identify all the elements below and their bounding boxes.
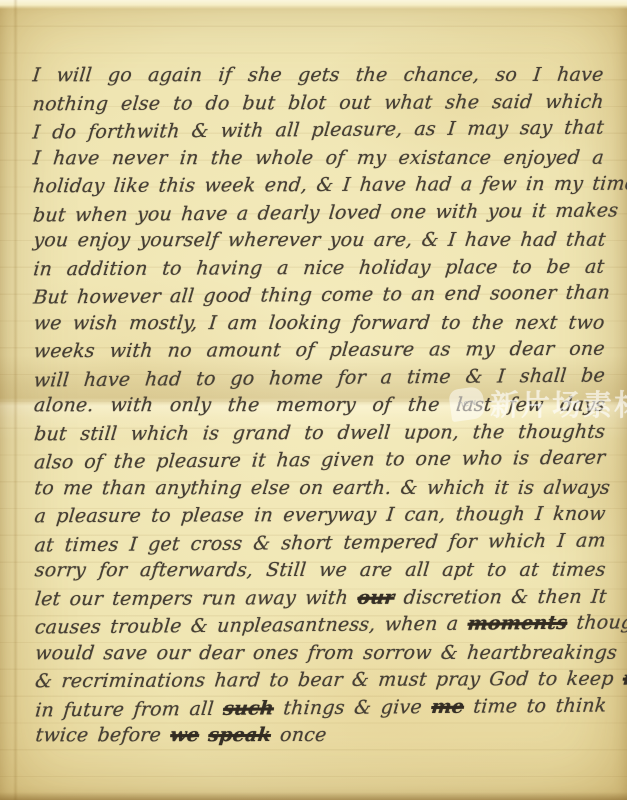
letter-line: in addition to having a nice holiday pla… bbox=[32, 253, 606, 283]
letter-line: alone. with only the memory of the last … bbox=[33, 392, 607, 420]
letter-line: But however all good thing come to an en… bbox=[32, 280, 606, 312]
letter-line: twice before we speak once bbox=[34, 722, 608, 750]
letter-line: at times I get cross & short tempered fo… bbox=[33, 527, 607, 559]
struck-word: such bbox=[222, 697, 275, 719]
letter-line: but still which is grand to dwell upon, … bbox=[33, 418, 607, 448]
letter-line: to me than anything else on earth. & whi… bbox=[33, 474, 607, 502]
struck-word: me bbox=[430, 695, 465, 717]
letter-line: but when you have a dearly loved one wit… bbox=[32, 197, 606, 229]
struck-word: speak bbox=[207, 724, 272, 746]
letter-line: we wish mostly, I am looking forward to … bbox=[32, 309, 606, 337]
paper-bottom-edge bbox=[0, 792, 627, 800]
letter-line: sorry for afterwards, Still we are all a… bbox=[33, 557, 607, 585]
letter-line: would save our dear ones from sorrow & h… bbox=[34, 639, 608, 667]
letter-line: causes trouble & unpleasantness, when a … bbox=[34, 610, 608, 642]
struck-word: we bbox=[169, 724, 200, 746]
paper-left-crease bbox=[13, 0, 18, 800]
letter-line: I do forthwith & with all pleasure, as I… bbox=[31, 115, 605, 147]
paper-top-edge bbox=[0, 0, 627, 9]
letter-line: also of the pleasure it has given to one… bbox=[33, 445, 607, 477]
letter-line: I will go again if she gets the chance, … bbox=[31, 62, 605, 90]
letter-line: holiday like this week end, & I have had… bbox=[32, 171, 606, 201]
letter-line: weeks with no amount of pleasure as my d… bbox=[32, 336, 606, 366]
letter-line: & recriminations hard to bear & must pra… bbox=[34, 666, 608, 696]
letter-line: let our tempers run away with our discre… bbox=[33, 583, 607, 613]
letter-line: I have never in the whole of my existanc… bbox=[32, 144, 606, 172]
letter-line: a pleasure to please in everyway I can, … bbox=[33, 501, 607, 531]
letter-line: in future from all such things & give me… bbox=[34, 692, 608, 724]
letter-line: you enjoy yourself wherever you are, & I… bbox=[32, 227, 606, 255]
aged-letter-photo: I will go again if she gets the chance, … bbox=[0, 0, 627, 800]
letter-lines: I will go again if she gets the chance, … bbox=[33, 61, 607, 751]
struck-word: our bbox=[356, 586, 395, 608]
letter-line: will have had to go home for a time & I … bbox=[32, 362, 606, 394]
struck-word: moments bbox=[467, 612, 569, 635]
letter-line: nothing else to do but blot out what she… bbox=[31, 88, 605, 118]
